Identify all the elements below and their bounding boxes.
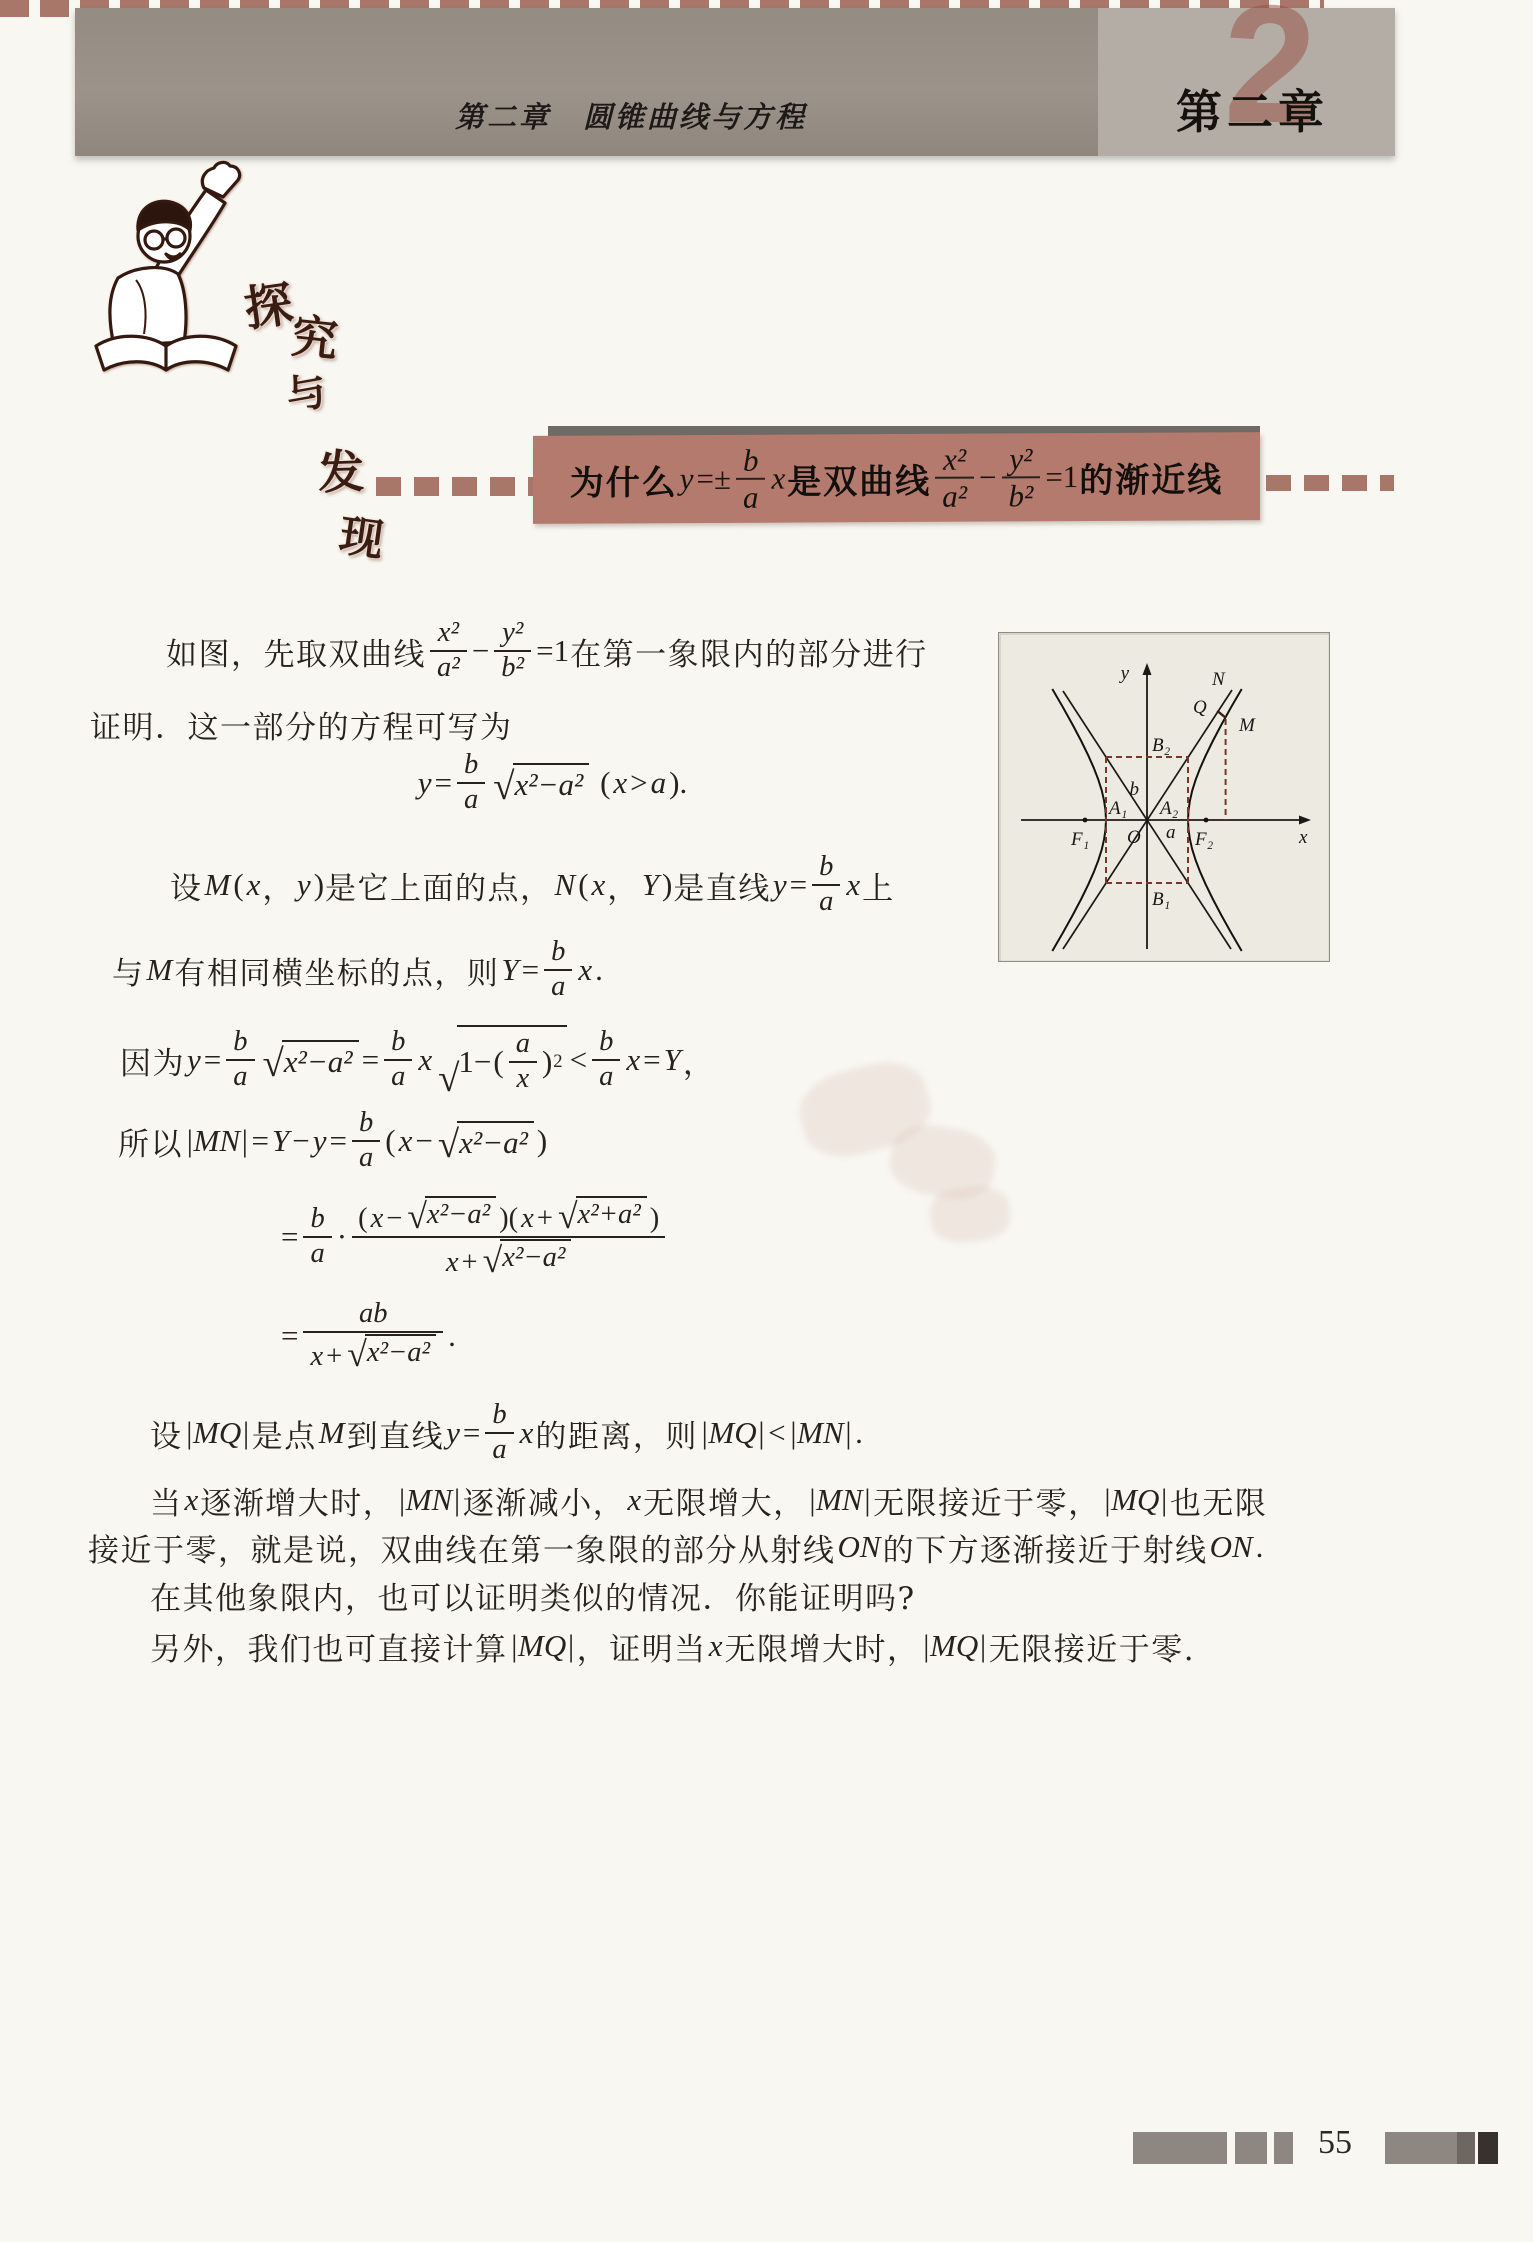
label-b1: B₁	[1152, 889, 1170, 910]
text-run: 证明．这一部分的方程可写为	[90, 702, 513, 747]
para2-line3: 因为 y=ba√x²−a²=bax√1−(ax)2<bax=Y，	[112, 1018, 715, 1102]
para3-line2: =ba · (x−√x²−a²)(x+√x²+a²)x+√x²−a²	[280, 1184, 669, 1290]
fraction: ba	[544, 937, 572, 1003]
math-run: b	[817, 851, 835, 882]
label-x-axis: x	[1298, 827, 1308, 848]
math-run: |MQ|	[508, 1628, 577, 1664]
footer-bar-2	[1235, 2132, 1267, 2164]
math-run: a²	[435, 652, 462, 683]
math-run: b	[357, 1107, 375, 1138]
square-root: √x²−a²	[491, 763, 589, 803]
para3-line3: =abx+√x²−a² .	[280, 1290, 457, 1382]
math-run: Y	[640, 867, 661, 903]
math-run: )	[313, 867, 325, 903]
math-run: y	[444, 1415, 462, 1451]
para5-line1: 当x逐渐增大时，|MN|逐渐减小，x无限增大，|MN|无限接近于零，|MQ|也无…	[88, 1480, 1267, 1520]
text-run: 无限接近于零.	[989, 1624, 1195, 1669]
para4-line1: 设|MQ|是点M到直线 y=bax 的距离，则|MQ|<|MN|.	[88, 1398, 864, 1468]
square-root: √x²−a²	[405, 1196, 496, 1231]
math-run: −	[291, 1123, 310, 1159]
text-run: 因为	[120, 1038, 185, 1083]
label-y-axis: y	[1119, 663, 1130, 684]
math-run: x	[397, 1123, 415, 1159]
math-run: x²	[436, 617, 461, 648]
fraction: x²a²	[935, 442, 974, 513]
fraction: ba	[592, 1027, 620, 1093]
math-run: =	[280, 1219, 299, 1255]
hyperbola-figure-svg: y x O A₁ A₂ B₂ B₁ F₁ F₂ a b N Q M	[999, 633, 1329, 961]
y-axis-arrow	[1143, 663, 1152, 675]
label-semi-a: a	[1166, 822, 1176, 843]
fraction: ba	[485, 1400, 513, 1466]
fraction: ax	[509, 1029, 537, 1095]
radical-icon: √	[493, 764, 514, 804]
text-run: 的渐近线	[1079, 452, 1223, 502]
text-run: 的距离，则	[535, 1411, 698, 1456]
math-run: −	[471, 633, 490, 669]
square-root: √x²−a²	[261, 1040, 359, 1080]
math-run: x	[444, 1247, 461, 1278]
radical-icon: √	[263, 1041, 284, 1081]
radical-icon: √	[438, 1122, 459, 1162]
para2-line1: 设M(x，y)是它上面的点，N(x，Y)是直线 y=bax 上	[112, 845, 895, 925]
banner-dashes-right	[1266, 475, 1394, 491]
math-run: b	[549, 936, 567, 967]
math-run: Y	[270, 1123, 291, 1159]
math-run: =	[361, 1042, 380, 1078]
math-run: .	[1255, 1529, 1265, 1565]
breadcrumb: 第二章 圆锥曲线与方程	[455, 95, 807, 136]
fraction: ba	[303, 1204, 331, 1270]
math-run: ).	[668, 765, 688, 801]
math-run: −	[385, 1203, 403, 1234]
para1-line1: 如图，先取双曲线x²a²−y²b²=1在第一象限内的部分进行	[112, 608, 928, 694]
math-run: x	[308, 1341, 325, 1372]
focus-right-dot	[1204, 818, 1209, 823]
math-run: <	[767, 1415, 786, 1451]
text-run: 有相同横坐标的点，则	[174, 948, 499, 993]
text-run: 是点	[252, 1411, 317, 1456]
text-run: 逐渐增大时，	[200, 1478, 395, 1523]
math-run: +	[461, 1247, 479, 1278]
math-run: a	[649, 765, 669, 801]
square-root: √x²−a²	[345, 1334, 436, 1369]
calligraphy-char-xian: 现	[336, 499, 388, 569]
math-run: −	[414, 1123, 433, 1159]
label-point-n: N	[1211, 669, 1226, 690]
math-run: a	[389, 1061, 407, 1092]
math-run: a	[741, 480, 761, 515]
math-run: y	[771, 867, 789, 903]
para2-line2: 与M有相同横坐标的点，则Y=bax.	[112, 932, 604, 1008]
footer-bar-1	[1133, 2132, 1227, 2164]
fraction: (x−√x²−a²)(x+√x²+a²)x+√x²−a²	[352, 1196, 665, 1279]
math-run: a	[817, 886, 835, 917]
math-run: =	[789, 867, 808, 903]
math-run: ·	[336, 1219, 348, 1255]
math-run: )	[536, 1123, 548, 1159]
math-run: y	[678, 461, 696, 497]
math-run: b²	[1007, 478, 1036, 513]
math-run: |MQ|	[1101, 1482, 1170, 1518]
math-run: x	[518, 1415, 536, 1451]
math-run: M	[203, 867, 233, 903]
label-point-m: M	[1238, 715, 1256, 736]
math-run: =	[521, 952, 540, 988]
text-run: 是它上面的点，	[325, 863, 553, 908]
math-run: =±	[695, 461, 732, 497]
text-run: ，	[262, 863, 295, 908]
math-run: b	[389, 1026, 407, 1057]
math-run: x	[707, 1628, 725, 1664]
math-run: y	[416, 765, 434, 801]
chapter-tab: 2 第二章	[1098, 8, 1395, 156]
footer-bar-6	[1478, 2132, 1498, 2164]
math-run: y	[185, 1042, 203, 1078]
math-run: M	[145, 952, 175, 988]
math-run: |MN|	[395, 1482, 463, 1518]
math-run: a	[308, 1238, 326, 1269]
math-run: x	[624, 1042, 642, 1078]
math-run: x²−a²	[425, 1200, 492, 1231]
math-run: M	[317, 1415, 347, 1451]
textbook-page: 第二章 圆锥曲线与方程 2 第二章 探 究 与 发 现 为什么 y=±bax 是…	[0, 0, 1533, 2242]
math-run: ON	[836, 1529, 883, 1565]
fraction: ba	[457, 750, 485, 816]
display-formula-1: y=ba√x²−a² (x>a).	[112, 746, 992, 820]
math-run: Y	[662, 1042, 683, 1078]
math-run: N	[553, 867, 578, 903]
math-run: =1	[535, 633, 570, 669]
math-run: y²	[500, 617, 525, 648]
radical-icon: √	[407, 1197, 427, 1232]
math-run: x	[590, 867, 608, 903]
math-run: x²	[941, 441, 968, 476]
text-run: 到直线	[347, 1411, 445, 1456]
math-run: b	[231, 1026, 249, 1057]
fraction: y²b²	[1002, 442, 1041, 513]
math-run: b	[597, 1026, 615, 1057]
math-run: a	[549, 971, 567, 1002]
math-run: =	[642, 1042, 661, 1078]
math-run: x²−a²	[457, 1125, 530, 1161]
math-run: a	[231, 1061, 249, 1092]
text-run: 上	[862, 863, 895, 908]
math-run: |MN|	[806, 1482, 874, 1518]
hyperbola-figure: y x O A₁ A₂ B₂ B₁ F₁ F₂ a b N Q M	[998, 632, 1330, 962]
math-run: y	[295, 867, 313, 903]
radical-icon: √	[483, 1240, 503, 1275]
math-run: x	[625, 1482, 643, 1518]
text-run: 逐渐减小，	[463, 1478, 626, 1523]
square-root: √1−(ax)2	[436, 1025, 566, 1095]
text-run: 如图，先取双曲线	[166, 629, 426, 674]
math-run: x	[769, 461, 787, 497]
math-run: |MN|	[787, 1415, 855, 1451]
math-run: a	[462, 784, 480, 815]
text-run: 的下方逐渐接近于射线	[883, 1525, 1208, 1570]
math-run: |MN|	[183, 1123, 251, 1159]
x-axis-arrow	[1299, 816, 1311, 825]
math-run: )	[649, 1203, 661, 1234]
math-run: b	[308, 1203, 326, 1234]
text-run: 所以	[118, 1119, 183, 1164]
fraction: ba	[812, 852, 840, 918]
text-run: 也无限	[1170, 1478, 1268, 1523]
square-root: √x²−a²	[481, 1239, 572, 1274]
math-run: |MQ|	[183, 1415, 252, 1451]
text-run: 另外，我们也可直接计算	[150, 1624, 508, 1669]
para5-line2: 接近于零，就是说，双曲线在第一象限的部分从射线ON的下方逐渐接近于射线ON.	[88, 1527, 1264, 1567]
text-run: 设	[150, 1411, 183, 1456]
radical-icon: √	[347, 1335, 367, 1370]
math-run: x	[844, 867, 862, 903]
page-number: 55	[1318, 2124, 1352, 2162]
math-run: x	[369, 1203, 386, 1234]
label-vertex-a2: A₂	[1158, 798, 1179, 819]
banner-dashes-left	[376, 477, 534, 496]
text-run: 设	[170, 863, 203, 908]
math-run: x²−a²	[282, 1044, 355, 1080]
math-run: −	[978, 459, 997, 495]
label-origin: O	[1127, 827, 1141, 848]
text-run: ，	[607, 863, 640, 908]
math-run: 1−	[457, 1044, 492, 1080]
label-f1: F₁	[1070, 829, 1089, 850]
math-run: (	[591, 765, 611, 801]
math-run: +	[536, 1203, 554, 1234]
math-run: a	[490, 1434, 508, 1465]
chapter-tab-label: 第二章	[1176, 76, 1329, 142]
math-run: b	[462, 749, 480, 780]
math-run: (	[577, 867, 589, 903]
math-run: <	[569, 1042, 588, 1078]
math-run: )	[661, 867, 673, 903]
math-run: )	[541, 1044, 553, 1080]
math-run: x	[611, 765, 629, 801]
calligraphy-char-tan: 探	[239, 265, 296, 340]
para6-line1: 在其他象限内，也可以证明类似的情况．你能证明吗?	[88, 1575, 916, 1615]
text-run: 与	[112, 948, 145, 993]
text-run: 在第一象限内的部分进行	[570, 629, 928, 674]
math-run: a²	[940, 479, 969, 514]
math-run: (	[232, 867, 244, 903]
math-run: >	[629, 765, 648, 801]
math-run: ON	[1208, 1529, 1255, 1565]
math-run: (	[357, 1203, 369, 1234]
radical-icon: √	[438, 1026, 459, 1096]
math-run: .	[854, 1415, 864, 1451]
math-run: x²−a²	[365, 1338, 432, 1369]
math-run: (	[492, 1044, 504, 1080]
math-run: |MQ|	[698, 1415, 767, 1451]
math-run: y²	[1007, 441, 1034, 476]
label-b2: B₂	[1152, 735, 1171, 756]
math-run: =	[434, 765, 453, 801]
math-run: ab	[357, 1298, 390, 1329]
math-run: a	[357, 1142, 375, 1173]
math-run: =1	[1044, 459, 1079, 495]
math-run: b	[741, 442, 761, 477]
math-run: x²−a²	[500, 1243, 567, 1274]
math-run: =	[203, 1042, 222, 1078]
math-run: a	[514, 1028, 532, 1059]
calligraphy-char-fa: 发	[317, 435, 365, 503]
math-run: Y	[499, 952, 520, 988]
math-run: x²+a²	[576, 1200, 643, 1231]
math-run: x	[183, 1482, 201, 1518]
math-run: |MQ|	[920, 1628, 989, 1664]
text-run: 是直线	[673, 863, 771, 908]
text-run: ，证明当	[577, 1624, 707, 1669]
section-title-banner: 为什么 y=±bax 是双曲线 x²a²−y²b²=1 的渐近线	[533, 432, 1260, 524]
math-run: =	[329, 1123, 348, 1159]
fraction: ba	[736, 443, 766, 514]
label-f2: F₂	[1194, 829, 1214, 850]
math-run: )(	[498, 1203, 519, 1234]
math-run: +	[325, 1341, 343, 1372]
label-vertex-a1: A₁	[1107, 798, 1127, 819]
text-run: 接近于零，就是说，双曲线在第一象限的部分从射线	[88, 1525, 836, 1570]
text-run: 无限增大时，	[725, 1624, 920, 1669]
text-run: ，	[683, 1038, 716, 1083]
math-run: x²−a²	[513, 767, 586, 803]
para3-line1: 所以|MN|=Y−y=ba(x−√x²−a²)	[112, 1104, 548, 1178]
square-root: √x²−a²	[436, 1121, 534, 1161]
math-run: y	[311, 1123, 329, 1159]
fraction: ba	[226, 1027, 254, 1093]
fraction: y²b²	[494, 618, 531, 684]
torso-jacket	[110, 268, 186, 346]
radical-icon: √	[558, 1197, 578, 1232]
math-run: =	[251, 1123, 270, 1159]
mq-segment	[1217, 711, 1226, 718]
text-run: 是双曲线	[787, 453, 931, 503]
math-run: .	[594, 952, 604, 988]
footer-bar-3	[1274, 2132, 1293, 2164]
math-run: =	[462, 1415, 481, 1451]
text-run: 无限增大，	[643, 1478, 806, 1523]
fraction: ba	[352, 1108, 380, 1174]
footer-bar-4	[1385, 2132, 1457, 2164]
chapter-header-bar: 第二章 圆锥曲线与方程 2 第二章	[75, 8, 1395, 156]
math-run: x	[416, 1042, 434, 1078]
focus-left-dot	[1083, 818, 1088, 823]
text-run: 为什么	[570, 455, 678, 505]
math-run: x	[519, 1203, 536, 1234]
math-run: b	[490, 1399, 508, 1430]
math-run: x	[514, 1063, 531, 1094]
math-run: b²	[499, 652, 526, 683]
text-run: 无限接近于零，	[873, 1478, 1101, 1523]
fraction: abx+√x²−a²	[303, 1299, 443, 1373]
math-run: .	[447, 1318, 457, 1354]
square-root: √x²+a²	[556, 1196, 647, 1231]
fraction: x²a²	[430, 618, 467, 684]
fraction: ba	[384, 1027, 412, 1093]
text-run: 当	[150, 1478, 183, 1523]
text-run: 在其他象限内，也可以证明类似的情况．你能证明吗?	[150, 1573, 916, 1618]
math-run: x	[245, 867, 263, 903]
label-point-q: Q	[1193, 697, 1207, 718]
footer-bar-5	[1457, 2132, 1475, 2164]
math-run: (	[384, 1123, 396, 1159]
para7-line1: 另外，我们也可直接计算|MQ|，证明当x无限增大时，|MQ|无限接近于零.	[88, 1626, 1195, 1666]
math-run: =	[280, 1318, 299, 1354]
math-run: x	[576, 952, 594, 988]
superscript: 2	[553, 1051, 562, 1073]
label-semi-b: b	[1130, 779, 1140, 800]
math-run: a	[597, 1061, 615, 1092]
para1-line2: 证明．这一部分的方程可写为	[90, 702, 513, 746]
